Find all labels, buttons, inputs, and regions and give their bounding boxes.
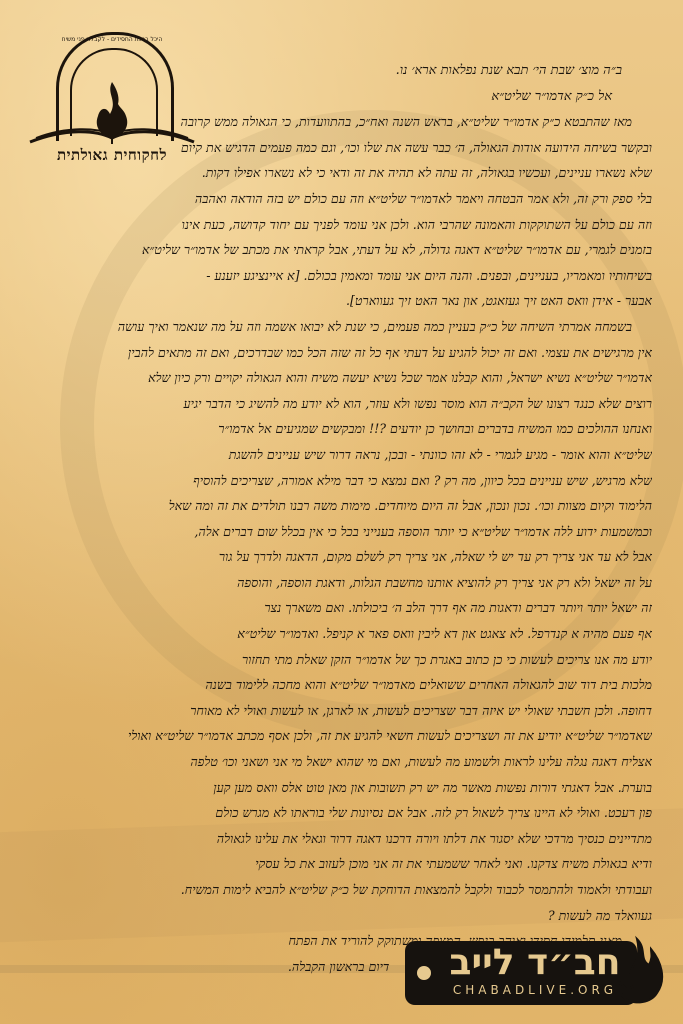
letter-line: מאז שהתבטא כ״ק אדמו״ר שליט״א, בראש השנה …	[40, 109, 652, 135]
letter-line: זה ישאל יותר ויותר דברים ודאגות מה אף דר…	[40, 595, 652, 621]
chabadlive-badge: חב״ד לייב CHABADLIVE.ORG	[405, 941, 665, 1005]
letter-line: געוואלד מה לעשות ?	[40, 903, 652, 929]
letter-line: ובקשר בשיחה הידועה אודות הגאולה, ה׳ כבר …	[40, 135, 652, 161]
letter-line: מלכות בית דוד שוב להגאולה האחרים ששואלים…	[40, 672, 652, 698]
letter-line: בוערת. אבל דאגתי דורות נפשות מאשר מה יש …	[40, 775, 652, 801]
letter-line: אין מרגישים את עצמי. ואם זה יכול להגיע ע…	[40, 340, 652, 366]
letter-line: ודיא בגאולת משיח צדקנו. ואני לאחר ששמעתי…	[40, 851, 652, 877]
letter-line: וכמשמעות ידוע ללה אדמו״ר שליט״א כי יותר …	[40, 519, 652, 545]
letter-line: ועבודתי ולאמוד ולהתמסר לכבוד ולקבל להמצא…	[40, 877, 652, 903]
letter-line: שאדמו״ר שליט״א יודיע את זה ושצריכים לעשו…	[40, 723, 652, 749]
letter-line: אדמו״ר שליט״א נשיא ישראל, והוא קבלנו אמר…	[40, 365, 652, 391]
logo-arch-text: היכל ברכת החסידים - לקבלת פני משיח	[56, 36, 168, 43]
letter-line: אצליח דאגה נגלה עלינו לראות ולשמוע מה לע…	[40, 749, 652, 775]
letter-header: ב״ה מוצ׳ שבת הי׳ תבא שנת נפלאות ארא׳ נו.	[40, 58, 652, 84]
letter-line: אבל לא עד אני צריך רק עד יש לי שאלה, אני…	[40, 544, 652, 570]
badge-hebrew-title: חב״ד לייב	[445, 943, 625, 983]
letter-line: בשיחותיו ומאמריו, בעניינים, ובפנים. והנה…	[40, 263, 652, 289]
letter-line: רוצים שלא כנגד רצונו של הקב״ה הוא מוסר נ…	[40, 391, 652, 417]
handwritten-letter: ב״ה מוצ׳ שבת הי׳ תבא שנת נפלאות ארא׳ נו.…	[40, 58, 652, 979]
letter-line: וזה עם כולם על השתוקקות והאמונה שהרבי הו…	[40, 212, 652, 238]
letter-line: דחופה. ולכן חשבתי שאולי יש איזה דבר שצרי…	[40, 698, 652, 724]
badge-body: חב״ד לייב CHABADLIVE.ORG	[405, 941, 637, 1005]
letter-greeting: אל כ״ק אדמו״ר שליט״א	[40, 84, 652, 110]
letter-line: יודע מה אנו צריכים לעשות כי כן כתוב באגר…	[40, 647, 652, 673]
letter-line: שלא מרגיש, שיש עניינים בכל כיוון, מה רק …	[40, 468, 652, 494]
letter-line: פון רעכט. ואולי לא היינו צריך לשאול רק ל…	[40, 800, 652, 826]
letter-line: אף פעם מהיה א קנדרפל. לא צאגט און דא ליב…	[40, 621, 652, 647]
letter-line: הלימוד וקיום מצוות וכו׳. נכון ונכון, אבל…	[40, 493, 652, 519]
letter-line: אבער - אידן וואס האט זיך געזאגט, און נאר…	[40, 288, 652, 314]
dot-icon	[417, 966, 431, 980]
letter-line: בזמנים לגמרי, עם אדמו״ר שליט״א דאגה גדול…	[40, 237, 652, 263]
letter-line: בשמחה אמרתי השיחה של כ״ק בעניין כמה פעמי…	[40, 314, 652, 340]
flame-icon	[617, 935, 667, 1007]
letter-line: שלא נשארו עניינים, ועכשיו בגאולה, זה עתה…	[40, 160, 652, 186]
signature-left: דיום בראשון הקבלה.	[288, 959, 390, 974]
letter-line: מתדיינים כנסיך מרדכי שלא יסגור את דלתו ו…	[40, 826, 652, 852]
letter-line: על זה ישאל ולא רק אני צריך רק להוציא אות…	[40, 570, 652, 596]
letter-line: שליט״א והוא אומר - מגיע לגמרי - לא זהו כ…	[40, 442, 652, 468]
badge-url: CHABADLIVE.ORG	[445, 983, 625, 997]
letter-line: ואנחנו ההולכים כמו המשיח בדברים ובחושך כ…	[40, 416, 652, 442]
letter-line: בלי ספק ורק זה, ולא אמר הבטחה ויאמר לאדמ…	[40, 186, 652, 212]
